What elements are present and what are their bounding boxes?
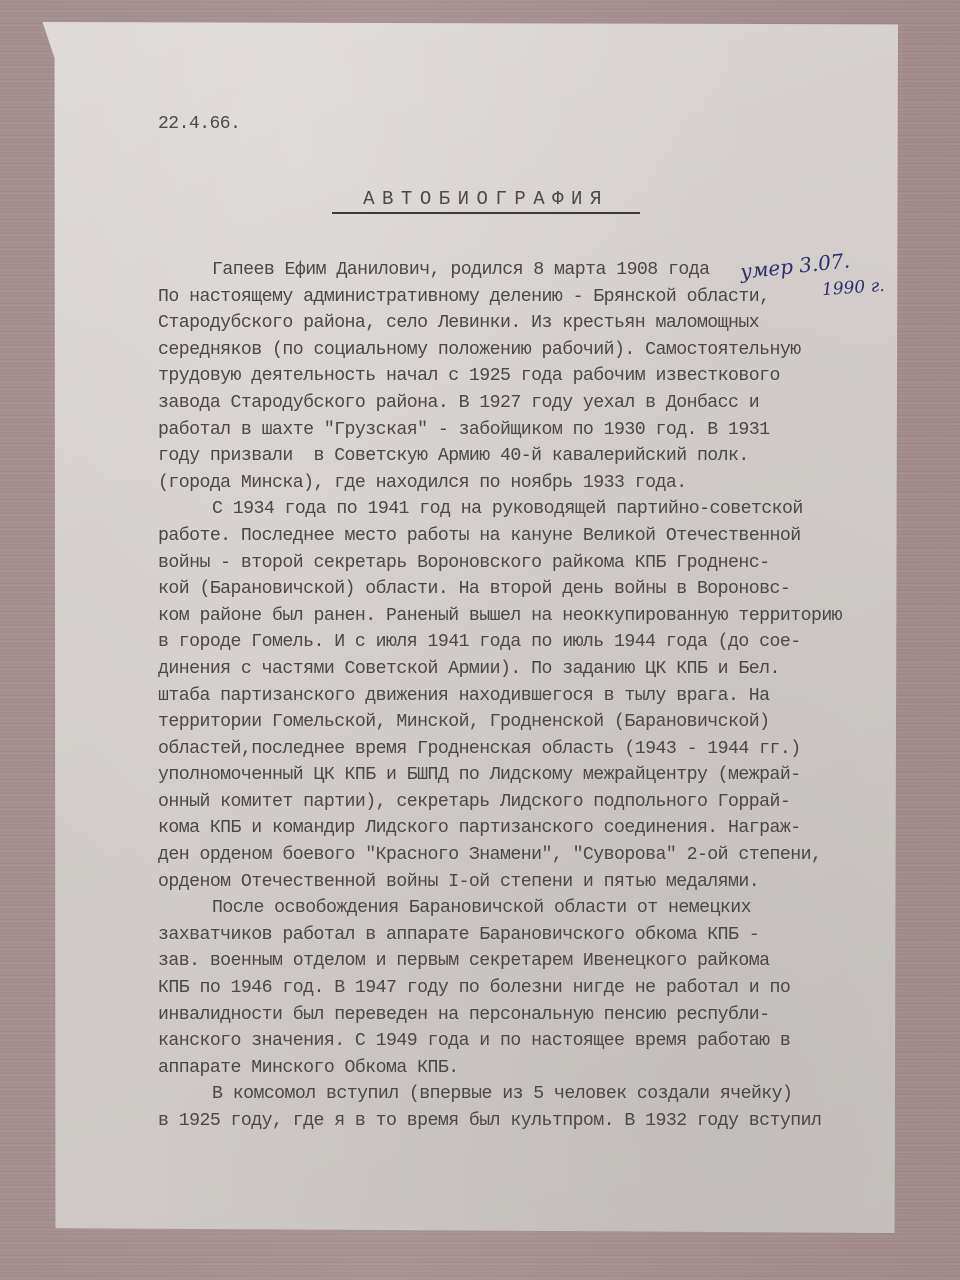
text-line: штаба партизанского движения находившего…	[158, 683, 878, 710]
text-line: После освобождения Барановичской области…	[158, 895, 878, 922]
text-line: работал в шахте "Грузская" - забойщиком …	[158, 417, 878, 444]
text-line: КПБ по 1946 год. В 1947 году по болезни …	[158, 975, 878, 1002]
text-line: В комсомол вступил (впервые из 5 человек…	[158, 1081, 878, 1108]
text-line: в 1925 году, где я в то время был культп…	[158, 1108, 878, 1135]
text-line: территории Гомельской, Минской, Гродненс…	[158, 709, 878, 736]
text-line: кома КПБ и командир Лидского партизанско…	[158, 815, 878, 842]
text-line: трудовую деятельность начал с 1925 года …	[158, 363, 878, 390]
text-line: орденом Отечественной войны I-ой степени…	[158, 869, 878, 896]
text-line: ком районе был ранен. Раненый вышел на н…	[158, 603, 878, 630]
text-line: областей,последнее время Гродненская обл…	[158, 736, 878, 763]
text-line: войны - второй секретарь Вороновского ра…	[158, 550, 878, 577]
text-line: кой (Барановичской) области. На второй д…	[158, 576, 878, 603]
text-line: уполномоченный ЦК КПБ и БШПД по Лидскому…	[158, 762, 878, 789]
text-line: По настоящему административному делению …	[158, 284, 878, 311]
text-line: в городе Гомель. И с июля 1941 года по и…	[158, 629, 878, 656]
text-line: (города Минска), где находился по ноябрь…	[158, 470, 878, 497]
text-line: С 1934 года по 1941 год на руководящей п…	[158, 496, 878, 523]
text-line: онный комитет партии), секретарь Лидског…	[158, 789, 878, 816]
text-line: канского значения. С 1949 года и по наст…	[158, 1028, 878, 1055]
document-body: Гапеев Ефим Данилович, родился 8 марта 1…	[158, 257, 878, 1135]
text-line: аппарате Минского Обкома КПБ.	[158, 1055, 878, 1082]
text-line: динения с частями Советской Армии). По з…	[158, 656, 878, 683]
text-line: завода Стародубского района. В 1927 году…	[158, 390, 878, 417]
text-line: инвалидности был переведен на персональн…	[158, 1002, 878, 1029]
text-line: работе. Последнее место работы на кануне…	[158, 523, 878, 550]
document-date: 22.4.66.	[158, 114, 240, 134]
text-line: ден орденом боевого "Красного Знамени", …	[158, 842, 878, 869]
document-title: АВТОБИОГРАФИЯ	[332, 188, 640, 214]
text-line: захватчиков работал в аппарате Баранович…	[158, 922, 878, 949]
text-line: Стародубского района, село Левинки. Из к…	[158, 310, 878, 337]
text-line: середняков (по социальному положению раб…	[158, 337, 878, 364]
text-line: зав. военным отделом и первым секретарем…	[158, 948, 878, 975]
text-line: году призвали в Советскую Армию 40-й кав…	[158, 443, 878, 470]
